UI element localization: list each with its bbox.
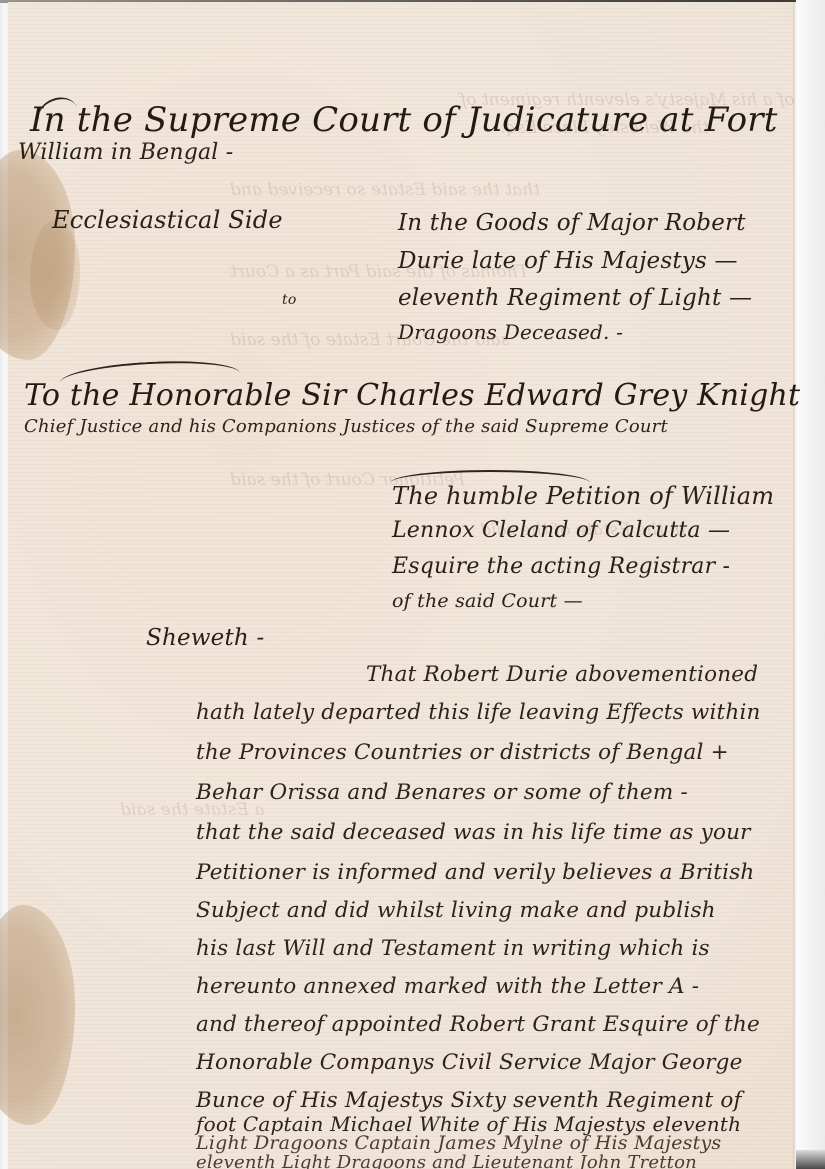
addressee-line2: Chief Justice and his Companions Justice…: [24, 416, 668, 437]
matter-line: eleventh Regiment of Light —: [398, 285, 752, 311]
side-label: Ecclesiastical Side: [52, 206, 283, 234]
body-line: hath lately departed this life leaving E…: [196, 700, 761, 725]
body-line: Honorable Companys Civil Service Major G…: [196, 1050, 743, 1075]
court-heading-line2: William in Bengal -: [18, 140, 233, 165]
connector-word: to: [282, 292, 296, 308]
matter-line: Dragoons Deceased. -: [398, 320, 623, 344]
scanner-right-margin: [796, 0, 825, 1169]
body-line: his last Will and Testament in writing w…: [196, 936, 710, 961]
addressee-line1: To the Honorable Sir Charles Edward Grey…: [24, 378, 800, 413]
body-line: Petitioner is informed and verily believ…: [196, 860, 754, 885]
body-line: Light Dragoons Captain James Mylne of Hi…: [196, 1132, 721, 1154]
petition-caption-line: Lennox Cleland of Calcutta —: [392, 518, 730, 543]
matter-line: In the Goods of Major Robert: [398, 210, 746, 236]
sheweth-label: Sheweth -: [146, 625, 264, 651]
petition-caption-line: of the said Court —: [392, 590, 583, 612]
water-stain-top-left-inner: [30, 220, 80, 330]
body-line: hereunto annexed marked with the Letter …: [196, 974, 699, 999]
scanner-corner-shadow: [796, 1150, 825, 1169]
matter-line: Durie late of His Majestys —: [398, 248, 738, 274]
court-heading-line1: In the Supreme Court of Judicature at Fo…: [30, 100, 778, 140]
body-line: Subject and did whilst living make and p…: [196, 898, 716, 923]
body-line: the Provinces Countries or districts of …: [196, 740, 729, 765]
bleed-through-text: that the said Estate so received and: [230, 180, 540, 200]
body-line: eleventh Light Dragoons and Lieutenant J…: [196, 1152, 697, 1169]
petition-caption-line: Esquire the acting Registrar -: [392, 554, 730, 579]
body-line: That Robert Durie abovementioned: [366, 662, 758, 687]
petition-caption-line: The humble Petition of William: [392, 482, 774, 510]
body-line: and thereof appointed Robert Grant Esqui…: [196, 1012, 760, 1037]
body-line: that the said deceased was in his life t…: [196, 820, 751, 845]
body-line: Bunce of His Majestys Sixty seventh Regi…: [196, 1088, 742, 1113]
page-right-edge: [793, 2, 796, 1169]
body-line: Behar Orissa and Benares or some of them…: [196, 780, 688, 805]
